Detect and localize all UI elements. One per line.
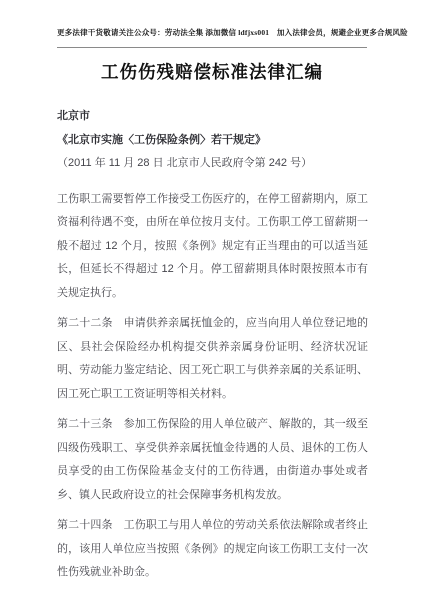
paragraph-stop-work-pay: 工伤职工需要暂停工作接受工伤医疗的，在停工留薪期内，原工资福利待遇不变，由所在单…: [57, 188, 368, 306]
region-heading: 北京市: [57, 105, 368, 129]
paragraph-article-24: 第二十四条 工伤职工与用人单位的劳动关系依法解除或者终止的，该用人单位应当按照《…: [57, 514, 368, 585]
regulation-title: 《北京市实施〈工伤保险条例〉若干规定》: [57, 129, 368, 153]
document-body: 北京市 《北京市实施〈工伤保险条例〉若干规定》 （2011 年 11 月 28 …: [57, 105, 368, 585]
page-header-notice: 更多法律干货敬请关注公众号：劳动法全集 添加微信 ldfjxs001 加入法律会…: [57, 27, 367, 48]
paragraph-article-22: 第二十二条 申请供养亲属抚恤金的，应当向用人单位登记地的区、县社会保险经办机构提…: [57, 312, 368, 406]
paragraph-article-23: 第二十三条 参加工伤保险的用人单位破产、解散的，其一级至四级伤残职工、享受供养亲…: [57, 413, 368, 507]
regulation-date-line: （2011 年 11 月 28 日 北京市人民政府令第 242 号）: [57, 152, 368, 176]
document-title: 工伤伤残赔偿标准法律汇编: [0, 59, 424, 84]
document-page: 更多法律干货敬请关注公众号：劳动法全集 添加微信 ldfjxs001 加入法律会…: [0, 0, 424, 600]
